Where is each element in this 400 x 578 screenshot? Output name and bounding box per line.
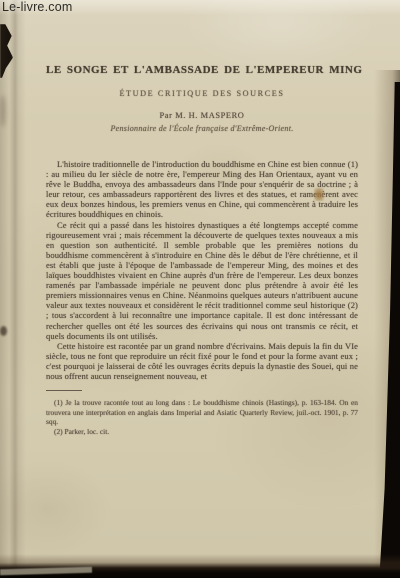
article-byline: Par M. H. MASPERO bbox=[46, 111, 358, 120]
ink-blot-artifact bbox=[0, 24, 13, 78]
stain-artifact bbox=[314, 188, 324, 201]
paragraph: Ce récit qui a passé dans les histoires … bbox=[46, 220, 358, 341]
article-title: LE SONGE ET L'AMBASSADE DE L'EMPEREUR MI… bbox=[46, 64, 358, 76]
watermark-band: Le-livre.com bbox=[0, 0, 400, 15]
footnotes: (1) Je la trouve racontée tout au long d… bbox=[46, 398, 358, 436]
article-subtitle: ÉTUDE CRITIQUE DES SOURCES bbox=[46, 89, 358, 98]
photo-dark-bottom-edge bbox=[0, 554, 400, 578]
watermark-text: Le-livre.com bbox=[2, 0, 72, 14]
printed-content: LE SONGE ET L'AMBASSADE DE L'EMPEREUR MI… bbox=[46, 64, 358, 436]
author-affiliation: Pensionnaire de l'École française d'Extr… bbox=[46, 124, 358, 133]
book-page: LE SONGE ET L'AMBASSADE DE L'EMPEREUR MI… bbox=[0, 0, 400, 578]
article-body: L'histoire traditionnelle de l'introduct… bbox=[46, 159, 358, 381]
footnote: (1) Je la trouve racontée tout au long d… bbox=[46, 398, 358, 427]
speck-artifact bbox=[0, 326, 7, 336]
paragraph: L'histoire traditionnelle de l'introduct… bbox=[46, 159, 358, 220]
smudge-artifact bbox=[0, 95, 6, 127]
footnote: (2) Parker, loc. cit. bbox=[46, 427, 358, 437]
scanned-page-photo: LE SONGE ET L'AMBASSADE DE L'EMPEREUR MI… bbox=[0, 0, 400, 578]
footnote-separator-rule bbox=[46, 390, 82, 391]
paragraph: Cette histoire est racontée par un grand… bbox=[46, 341, 358, 381]
